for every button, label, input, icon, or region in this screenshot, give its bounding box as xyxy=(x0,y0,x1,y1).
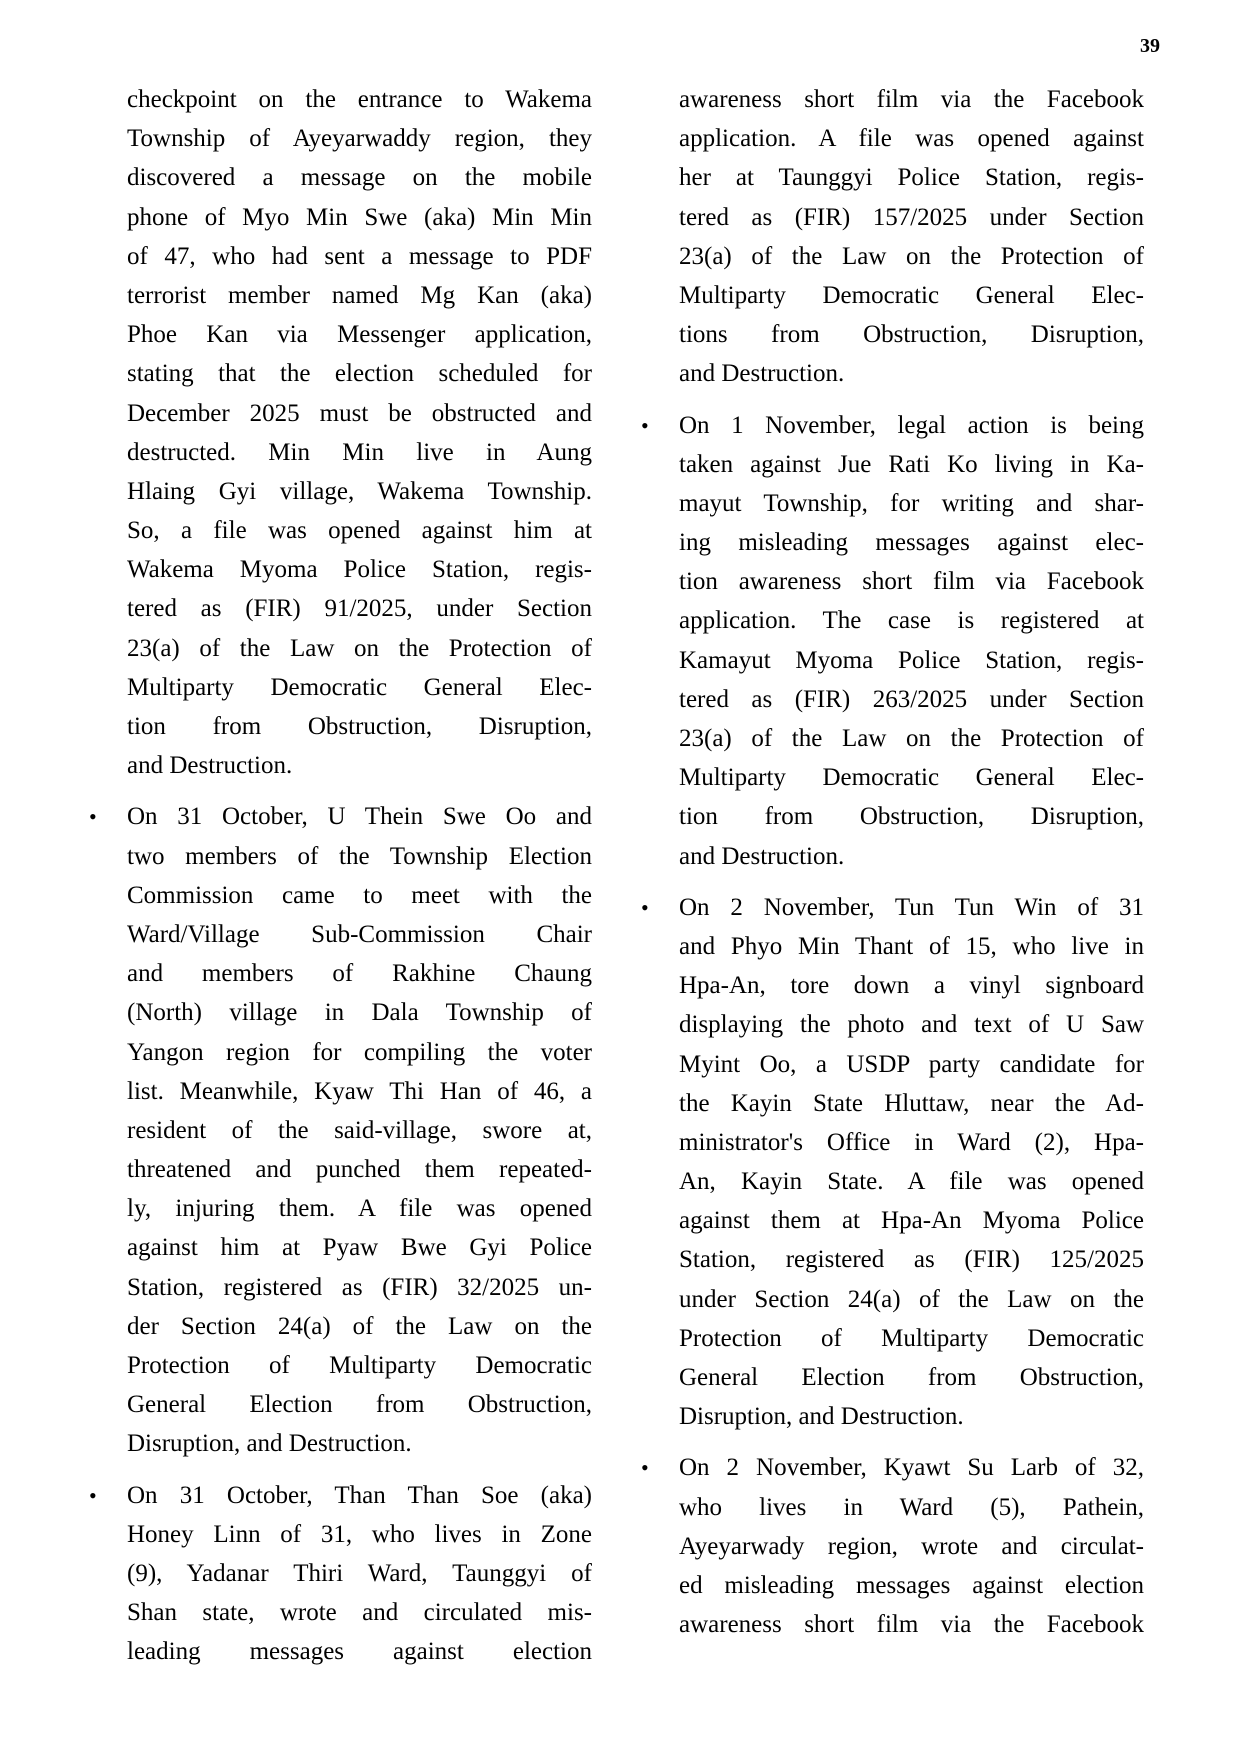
text-line-content: stating that the election scheduled for xyxy=(127,354,592,393)
text-line-content: of 47, who had sent a message to PDF xyxy=(127,237,592,276)
text-line: ministrator's Office in Ward (2), Hpa- xyxy=(679,1123,1144,1162)
text-line-content: Wakema Myoma Police Station, regis- xyxy=(127,550,592,589)
text-line-content: application. A file was opened against xyxy=(679,119,1144,158)
text-line: General Election from Obstruction, xyxy=(127,1385,592,1424)
text-line-content: tered as (FIR) 263/2025 under Section xyxy=(679,680,1144,719)
text-line: December 2025 must be obstructed and xyxy=(127,394,592,433)
text-line-content: and Destruction. xyxy=(679,837,1144,876)
text-line: ed misleading messages against election xyxy=(679,1566,1144,1605)
text-line-content: der Section 24(a) of the Law on the xyxy=(127,1307,592,1346)
text-line-content: and Destruction. xyxy=(679,354,1144,393)
text-line-content: Station, registered as (FIR) 32/2025 un- xyxy=(127,1268,592,1307)
text-line-content: ed misleading messages against election xyxy=(679,1566,1144,1605)
text-line-content: ing misleading messages against elec- xyxy=(679,523,1144,562)
text-line: tered as (FIR) 91/2025, under Section xyxy=(127,589,592,628)
text-line: Disruption, and Destruction. xyxy=(127,1424,592,1463)
text-line-content: taken against Jue Rati Ko living in Ka- xyxy=(679,445,1144,484)
text-line-content: 23(a) of the Law on the Protection of xyxy=(679,719,1144,758)
text-line-content: two members of the Township Election xyxy=(127,837,592,876)
text-line-content: Hlaing Gyi village, Wakema Township. xyxy=(127,472,592,511)
text-line-content: her at Taunggyi Police Station, regis- xyxy=(679,158,1144,197)
text-line: (9), Yadanar Thiri Ward, Taunggyi of xyxy=(127,1554,592,1593)
text-line-content: (North) village in Dala Township of xyxy=(127,993,592,1032)
text-line: application. A file was opened against xyxy=(679,119,1144,158)
text-line-content: against them at Hpa-An Myoma Police xyxy=(679,1201,1144,1240)
text-line: stating that the election scheduled for xyxy=(127,354,592,393)
text-line-content: Myint Oo, a USDP party candidate for xyxy=(679,1045,1144,1084)
text-line: the Kayin State Hluttaw, near the Ad- xyxy=(679,1084,1144,1123)
text-line: her at Taunggyi Police Station, regis- xyxy=(679,158,1144,197)
text-line: terrorist member named Mg Kan (aka) xyxy=(127,276,592,315)
text-line: Hpa-An, tore down a vinyl signboard xyxy=(679,966,1144,1005)
text-line: (North) village in Dala Township of xyxy=(127,993,592,1032)
text-line-content: 23(a) of the Law on the Protection of xyxy=(127,629,592,668)
text-line: tions from Obstruction, Disruption, xyxy=(679,315,1144,354)
text-line: discovered a message on the mobile xyxy=(127,158,592,197)
text-line-content: Multiparty Democratic General Elec- xyxy=(127,668,592,707)
text-line: Station, registered as (FIR) 125/2025 xyxy=(679,1240,1144,1279)
text-line-content: December 2025 must be obstructed and xyxy=(127,394,592,433)
text-line: and members of Rakhine Chaung xyxy=(127,954,592,993)
text-line-content: checkpoint on the entrance to Wakema xyxy=(127,80,592,119)
text-line-content: On 1 November, legal action is being xyxy=(679,406,1144,445)
text-line-content: tion awareness short film via Facebook xyxy=(679,562,1144,601)
text-line: Kamayut Myoma Police Station, regis- xyxy=(679,641,1144,680)
paragraph: awareness short film via the Facebookapp… xyxy=(679,80,1144,394)
bullet-paragraph: On 31 October, Than Than Soe (aka)Honey … xyxy=(127,1476,592,1672)
text-line: Commission came to meet with the xyxy=(127,876,592,915)
text-line: against him at Pyaw Bwe Gyi Police xyxy=(127,1228,592,1267)
text-line-content: So, a file was opened against him at xyxy=(127,511,592,550)
text-line: Ayeyarwady region, wrote and circulat- xyxy=(679,1527,1144,1566)
text-line-content: ly, injuring them. A file was opened xyxy=(127,1189,592,1228)
text-line-content: General Election from Obstruction, xyxy=(679,1358,1144,1397)
text-line: Myint Oo, a USDP party candidate for xyxy=(679,1045,1144,1084)
text-line-content: ministrator's Office in Ward (2), Hpa- xyxy=(679,1123,1144,1162)
text-line-content: phone of Myo Min Swe (aka) Min Min xyxy=(127,198,592,237)
text-line: threatened and punched them repeated- xyxy=(127,1150,592,1189)
text-line: tion from Obstruction, Disruption, xyxy=(127,707,592,746)
text-line: taken against Jue Rati Ko living in Ka- xyxy=(679,445,1144,484)
text-line-content: and Phyo Min Thant of 15, who live in xyxy=(679,927,1144,966)
text-line: and Destruction. xyxy=(127,746,592,785)
text-line: So, a file was opened against him at xyxy=(127,511,592,550)
text-line-content: threatened and punched them repeated- xyxy=(127,1150,592,1189)
text-line: tered as (FIR) 157/2025 under Section xyxy=(679,198,1144,237)
text-line: leading messages against election xyxy=(127,1632,592,1671)
text-line-content: Station, registered as (FIR) 125/2025 xyxy=(679,1240,1144,1279)
text-line-content: tion from Obstruction, Disruption, xyxy=(679,797,1144,836)
text-line: of 47, who had sent a message to PDF xyxy=(127,237,592,276)
bullet-paragraph: On 2 November, Kyawt Su Larb of 32,who l… xyxy=(679,1448,1144,1644)
text-line-content: and Destruction. xyxy=(127,746,592,785)
text-line: ly, injuring them. A file was opened xyxy=(127,1189,592,1228)
text-line: Protection of Multiparty Democratic xyxy=(127,1346,592,1385)
text-line: mayut Township, for writing and shar- xyxy=(679,484,1144,523)
paragraph: checkpoint on the entrance to WakemaTown… xyxy=(127,80,592,785)
text-line: Phoe Kan via Messenger application, xyxy=(127,315,592,354)
text-line: tion awareness short film via Facebook xyxy=(679,562,1144,601)
text-line: checkpoint on the entrance to Wakema xyxy=(127,80,592,119)
text-line: and Destruction. xyxy=(679,354,1144,393)
text-line-content: (9), Yadanar Thiri Ward, Taunggyi of xyxy=(127,1554,592,1593)
text-line-content: Township of Ayeyarwaddy region, they xyxy=(127,119,592,158)
text-line: Honey Linn of 31, who lives in Zone xyxy=(127,1515,592,1554)
text-line-content: mayut Township, for writing and shar- xyxy=(679,484,1144,523)
text-line-content: General Election from Obstruction, xyxy=(127,1385,592,1424)
text-line-content: the Kayin State Hluttaw, near the Ad- xyxy=(679,1084,1144,1123)
text-line: two members of the Township Election xyxy=(127,837,592,876)
text-line-content: discovered a message on the mobile xyxy=(127,158,592,197)
text-line: On 1 November, legal action is being xyxy=(679,406,1144,445)
text-line-content: Shan state, wrote and circulated mis- xyxy=(127,1593,592,1632)
bullet-paragraph: On 2 November, Tun Tun Win of 31and Phyo… xyxy=(679,888,1144,1437)
text-line: Multiparty Democratic General Elec- xyxy=(679,276,1144,315)
text-line-content: against him at Pyaw Bwe Gyi Police xyxy=(127,1228,592,1267)
text-line: An, Kayin State. A file was opened xyxy=(679,1162,1144,1201)
text-line-content: Ward/Village Sub-Commission Chair xyxy=(127,915,592,954)
text-line-content: Yangon region for compiling the voter xyxy=(127,1033,592,1072)
text-line-content: awareness short film via the Facebook xyxy=(679,80,1144,119)
text-line-content: tions from Obstruction, Disruption, xyxy=(679,315,1144,354)
text-line-content: An, Kayin State. A file was opened xyxy=(679,1162,1144,1201)
text-line-content: displaying the photo and text of U Saw xyxy=(679,1005,1144,1044)
text-line: General Election from Obstruction, xyxy=(679,1358,1144,1397)
text-line-content: On 31 October, U Thein Swe Oo and xyxy=(127,797,592,836)
text-line-content: Kamayut Myoma Police Station, regis- xyxy=(679,641,1144,680)
text-line: Protection of Multiparty Democratic xyxy=(679,1319,1144,1358)
text-line: Township of Ayeyarwaddy region, they xyxy=(127,119,592,158)
text-line: Station, registered as (FIR) 32/2025 un- xyxy=(127,1268,592,1307)
text-line-content: application. The case is registered at xyxy=(679,601,1144,640)
text-line: 23(a) of the Law on the Protection of xyxy=(679,719,1144,758)
text-line-content: tion from Obstruction, Disruption, xyxy=(127,707,592,746)
text-line-content: under Section 24(a) of the Law on the xyxy=(679,1280,1144,1319)
text-line-content: Multiparty Democratic General Elec- xyxy=(679,758,1144,797)
text-line: Yangon region for compiling the voter xyxy=(127,1033,592,1072)
bullet-paragraph: On 1 November, legal action is beingtake… xyxy=(679,406,1144,876)
text-line: Multiparty Democratic General Elec- xyxy=(679,758,1144,797)
text-line-content: Protection of Multiparty Democratic xyxy=(127,1346,592,1385)
text-line: and Destruction. xyxy=(679,837,1144,876)
text-line-content: Honey Linn of 31, who lives in Zone xyxy=(127,1515,592,1554)
text-line: application. The case is registered at xyxy=(679,601,1144,640)
text-line: resident of the said-village, swore at, xyxy=(127,1111,592,1150)
text-line: Multiparty Democratic General Elec- xyxy=(127,668,592,707)
text-line: der Section 24(a) of the Law on the xyxy=(127,1307,592,1346)
text-line-content: tered as (FIR) 157/2025 under Section xyxy=(679,198,1144,237)
text-line-content: tered as (FIR) 91/2025, under Section xyxy=(127,589,592,628)
text-line: On 2 November, Kyawt Su Larb of 32, xyxy=(679,1448,1144,1487)
text-line: On 2 November, Tun Tun Win of 31 xyxy=(679,888,1144,927)
text-line: On 31 October, U Thein Swe Oo and xyxy=(127,797,592,836)
text-line-content: Disruption, and Destruction. xyxy=(679,1397,1144,1436)
text-line-content: Disruption, and Destruction. xyxy=(127,1424,592,1463)
text-line: list. Meanwhile, Kyaw Thi Han of 46, a xyxy=(127,1072,592,1111)
text-line-content: Commission came to meet with the xyxy=(127,876,592,915)
text-line-content: Phoe Kan via Messenger application, xyxy=(127,315,592,354)
text-line-content: and members of Rakhine Chaung xyxy=(127,954,592,993)
right-column: awareness short film via the Facebookapp… xyxy=(679,80,1144,1656)
text-line: awareness short film via the Facebook xyxy=(679,80,1144,119)
text-line: awareness short film via the Facebook xyxy=(679,1605,1144,1644)
text-line: 23(a) of the Law on the Protection of xyxy=(679,237,1144,276)
text-line: and Phyo Min Thant of 15, who live in xyxy=(679,927,1144,966)
text-line-content: Protection of Multiparty Democratic xyxy=(679,1319,1144,1358)
text-line: phone of Myo Min Swe (aka) Min Min xyxy=(127,198,592,237)
text-line: Wakema Myoma Police Station, regis- xyxy=(127,550,592,589)
text-line-content: On 2 November, Kyawt Su Larb of 32, xyxy=(679,1448,1144,1487)
text-line-content: destructed. Min Min live in Aung xyxy=(127,433,592,472)
text-line-content: Multiparty Democratic General Elec- xyxy=(679,276,1144,315)
text-line: tion from Obstruction, Disruption, xyxy=(679,797,1144,836)
text-line-content: 23(a) of the Law on the Protection of xyxy=(679,237,1144,276)
text-line: displaying the photo and text of U Saw xyxy=(679,1005,1144,1044)
text-line: who lives in Ward (5), Pathein, xyxy=(679,1488,1144,1527)
text-line-content: Ayeyarwady region, wrote and circulat- xyxy=(679,1527,1144,1566)
text-line-content: leading messages against election xyxy=(127,1632,592,1671)
text-line-content: On 31 October, Than Than Soe (aka) xyxy=(127,1476,592,1515)
text-line-content: On 2 November, Tun Tun Win of 31 xyxy=(679,888,1144,927)
text-line-content: resident of the said-village, swore at, xyxy=(127,1111,592,1150)
text-line-content: who lives in Ward (5), Pathein, xyxy=(679,1488,1144,1527)
text-line: against them at Hpa-An Myoma Police xyxy=(679,1201,1144,1240)
text-line: Hlaing Gyi village, Wakema Township. xyxy=(127,472,592,511)
text-line: under Section 24(a) of the Law on the xyxy=(679,1280,1144,1319)
page-number: 39 xyxy=(1120,34,1160,58)
left-column: checkpoint on the entrance to WakemaTown… xyxy=(127,80,592,1684)
text-line: 23(a) of the Law on the Protection of xyxy=(127,629,592,668)
text-line: tered as (FIR) 263/2025 under Section xyxy=(679,680,1144,719)
text-line-content: terrorist member named Mg Kan (aka) xyxy=(127,276,592,315)
text-line: Disruption, and Destruction. xyxy=(679,1397,1144,1436)
text-line: Shan state, wrote and circulated mis- xyxy=(127,1593,592,1632)
text-line: destructed. Min Min live in Aung xyxy=(127,433,592,472)
text-line: ing misleading messages against elec- xyxy=(679,523,1144,562)
text-line-content: list. Meanwhile, Kyaw Thi Han of 46, a xyxy=(127,1072,592,1111)
text-line-content: Hpa-An, tore down a vinyl signboard xyxy=(679,966,1144,1005)
text-line: Ward/Village Sub-Commission Chair xyxy=(127,915,592,954)
text-line-content: awareness short film via the Facebook xyxy=(679,1605,1144,1644)
bullet-paragraph: On 31 October, U Thein Swe Oo andtwo mem… xyxy=(127,797,592,1463)
text-line: On 31 October, Than Than Soe (aka) xyxy=(127,1476,592,1515)
